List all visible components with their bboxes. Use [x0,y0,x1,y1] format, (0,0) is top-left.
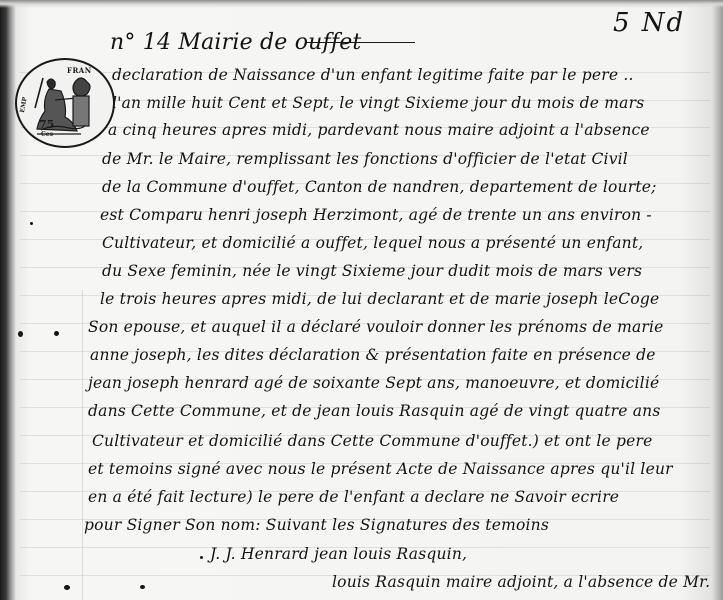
title-underline [305,42,415,43]
record-line: et temoins signé avec nous le présent Ac… [88,460,673,478]
record-line: de la Commune d'ouffet, Canton de nandre… [102,178,657,196]
ink-spot [30,222,33,225]
record-line: pour Signer Son nom: Suivant les Signatu… [84,516,549,534]
page-edge-shadow [0,0,723,8]
ink-spot [200,556,203,559]
tax-stamp: FRAN EMP 75 Ces [15,58,115,148]
record-line: du Sexe feminin, née le vingt Sixieme jo… [102,262,642,280]
stamp-value: 75 [39,118,54,131]
record-line: anne joseph, les dites déclaration & pré… [90,346,656,364]
record-line: a cinq heures apres midi, pardevant nous… [108,121,650,139]
record-line: est Comparu henri joseph Herzimont, agé … [100,206,652,224]
record-line: le trois heures apres midi, de lui decla… [100,290,659,308]
record-line: l'an mille huit Cent et Sept, le vingt S… [112,94,644,112]
record-line: Son epouse, et auquel il a déclaré voulo… [88,318,664,336]
margin-line [82,290,83,600]
record-line: jean joseph henrard agé de soixante Sept… [88,374,659,392]
ink-spot [140,585,145,589]
witness-signatures: J. J. Henrard jean louis Rasquin, [210,545,467,563]
stamp-unit: Ces [41,131,53,138]
stamp-country-label: FRAN [67,66,92,75]
record-line: declaration de Naissance d'un enfant leg… [112,66,634,84]
record-line: dans Cette Commune, et de jean louis Ras… [88,402,661,420]
reference-note: 5 Nd [613,8,685,38]
mayor-signature: louis Rasquin maire adjoint, a l'absence… [332,573,710,591]
record-line: Cultivateur, et domicilié a ouffet, lequ… [102,234,643,252]
record-line: Cultivateur et domicilié dans Cette Comm… [92,432,652,450]
seated-figure-icon [17,60,113,146]
ink-spot [64,585,70,590]
ink-spot [18,331,23,337]
ink-spot [54,331,59,336]
record-line: de Mr. le Maire, remplissant les fonctio… [102,150,628,168]
document-page: FRAN EMP 75 Ces 5 Nd n° 14 Mairie de ouf… [0,0,723,600]
record-line: en a été fait lecture) le pere de l'enfa… [88,488,619,506]
